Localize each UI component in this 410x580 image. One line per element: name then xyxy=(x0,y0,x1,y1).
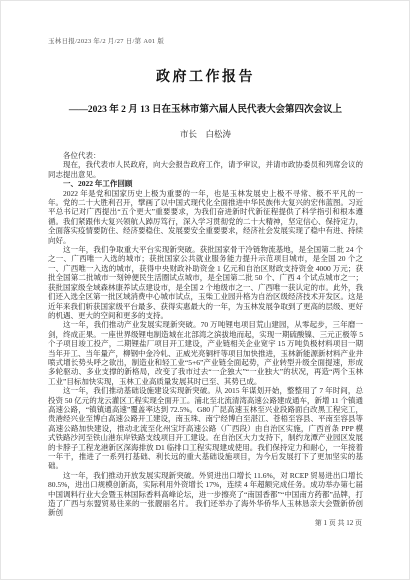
body-paragraph: 这一年，我们推动开放发展实现新突破。外贸进出口增长 11.6%，对 RCEP 贸… xyxy=(48,471,363,518)
body-paragraph: 2022 年是党和国家历史上极为重要的一年，也是玉林发展史上极不寻常、极不平凡的… xyxy=(48,189,363,245)
body-paragraph: 这一年，我们推动产业发展实现新突破。70 万吨锂电项目荒山建园，从零起步，三年磨… xyxy=(48,320,363,386)
body-paragraph: 现在，我代表市人民政府，向大会报告政府工作，请予审议，并请市政协委员和列席会议的… xyxy=(48,160,363,179)
article-body: 各位代表： 现在，我代表市人民政府，向大会报告政府工作，请予审议，并请市政协委员… xyxy=(48,151,363,518)
body-paragraph: 这一年，我们推动基础设施建设实现新突破。从 2015 年谋划开始，整整用了 7 … xyxy=(48,386,363,471)
masthead: 玉林日报/2023 年/2 月/27 日/第 A01 版 xyxy=(48,36,363,45)
document-page: 玉林日报/2023 年/2 月/27 日/第 A01 版 政府工作报告 ——20… xyxy=(0,0,410,580)
page-title: 政府工作报告 xyxy=(48,66,363,86)
byline: 市长 白松涛 xyxy=(48,128,363,140)
body-paragraph: 这一年，我们争取重大平台实现新突破。获批国家骨干冷链物流基地，是全国第二批 24… xyxy=(48,245,363,320)
section-heading: 一、2022 年工作回顾 xyxy=(48,179,363,188)
page-subtitle: ——2023 年 2 月 13 日在玉林市第六届人民代表大会第四次会议上 xyxy=(48,101,363,115)
page-number: 第 1 页 共 12 页 xyxy=(315,518,362,528)
salutation: 各位代表： xyxy=(48,151,363,160)
